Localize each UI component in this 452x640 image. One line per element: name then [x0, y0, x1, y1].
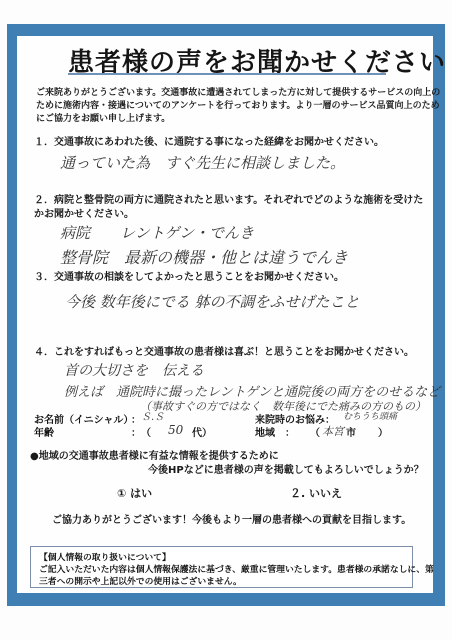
answer-2-hospital: 病院 レントゲン・でんき	[60, 222, 254, 243]
age-label: 年齢	[34, 424, 54, 439]
answer-4-line-1: 首の大切さを 伝える	[64, 360, 204, 380]
answer-3: 今後 数年後にでる 躰の不調をふせげたこと	[65, 291, 360, 312]
question-4: ４．これをすればもっと交通事故の患者様は喜ぶ！と思うことをお聞かせください。	[34, 343, 414, 358]
privacy-line-2: 三者への開示や上記以外での使用はございません。	[39, 574, 242, 587]
answer-1: 通っていた為 すぐ先生に相談しました。	[60, 152, 345, 173]
age-value: 50	[168, 423, 183, 437]
question-2-line-2: かお聞かせください。	[34, 205, 134, 220]
title-underline	[68, 73, 386, 75]
privacy-notice-box: 【個人情報の取り扱いについて】 ご記入いただいた内容は個人情報保護法に基づき、厳…	[30, 546, 413, 588]
area-open-paren: （	[310, 424, 320, 439]
intro-line-2: ために施術内容・接遇についてのアンケートを行っております。より一層のサービス品質…	[36, 98, 440, 111]
age-colon: ：	[131, 424, 141, 439]
concern-value: むちうち頭痛	[343, 409, 397, 422]
consent-line-1: ●地域の交通事故患者様に有益な情報を提供するために	[30, 447, 279, 462]
question-2-line-1: ２．病院と整骨院の両方に通院されたと思います。それぞれでどのような施術を受けた	[34, 191, 423, 206]
question-1: １．交通事故にあわれた後、に通院する事になった経緯をお聞かせください。	[34, 133, 384, 148]
consent-line-2: 今後HPなどに患者様の声を掲載してもよろしいでしょうか？	[148, 461, 424, 476]
intro-line-3: にご協力をお願い申し上げます。	[36, 111, 170, 124]
consent-option-yes[interactable]: ① はい	[117, 485, 152, 501]
area-value: 本宮	[322, 423, 344, 439]
answer-2-clinic: 整骨院 最新の機器・他とは違うでんき	[60, 245, 348, 268]
name-value: Ｓ.Ｓ	[141, 408, 164, 423]
area-suffix: 市	[346, 424, 356, 439]
intro-line-1: ご来院ありがとうございます。交通事故に遭遇されてしまった方に対して提供するサービ…	[36, 85, 440, 98]
question-3: ３．交通事故の相談をしてよかったと思うことをお聞かせください。	[34, 268, 344, 283]
age-open-paren: （	[141, 424, 151, 439]
age-suffix: 代）	[192, 424, 212, 439]
area-close-paren: ）	[378, 424, 388, 439]
consent-option-no[interactable]: ２. いいえ	[290, 485, 342, 501]
thanks-message: ご協力ありがとうございます！今後もより一層の患者様への貢献を目指します。	[52, 511, 411, 526]
area-label: 地域 ：	[255, 424, 295, 439]
